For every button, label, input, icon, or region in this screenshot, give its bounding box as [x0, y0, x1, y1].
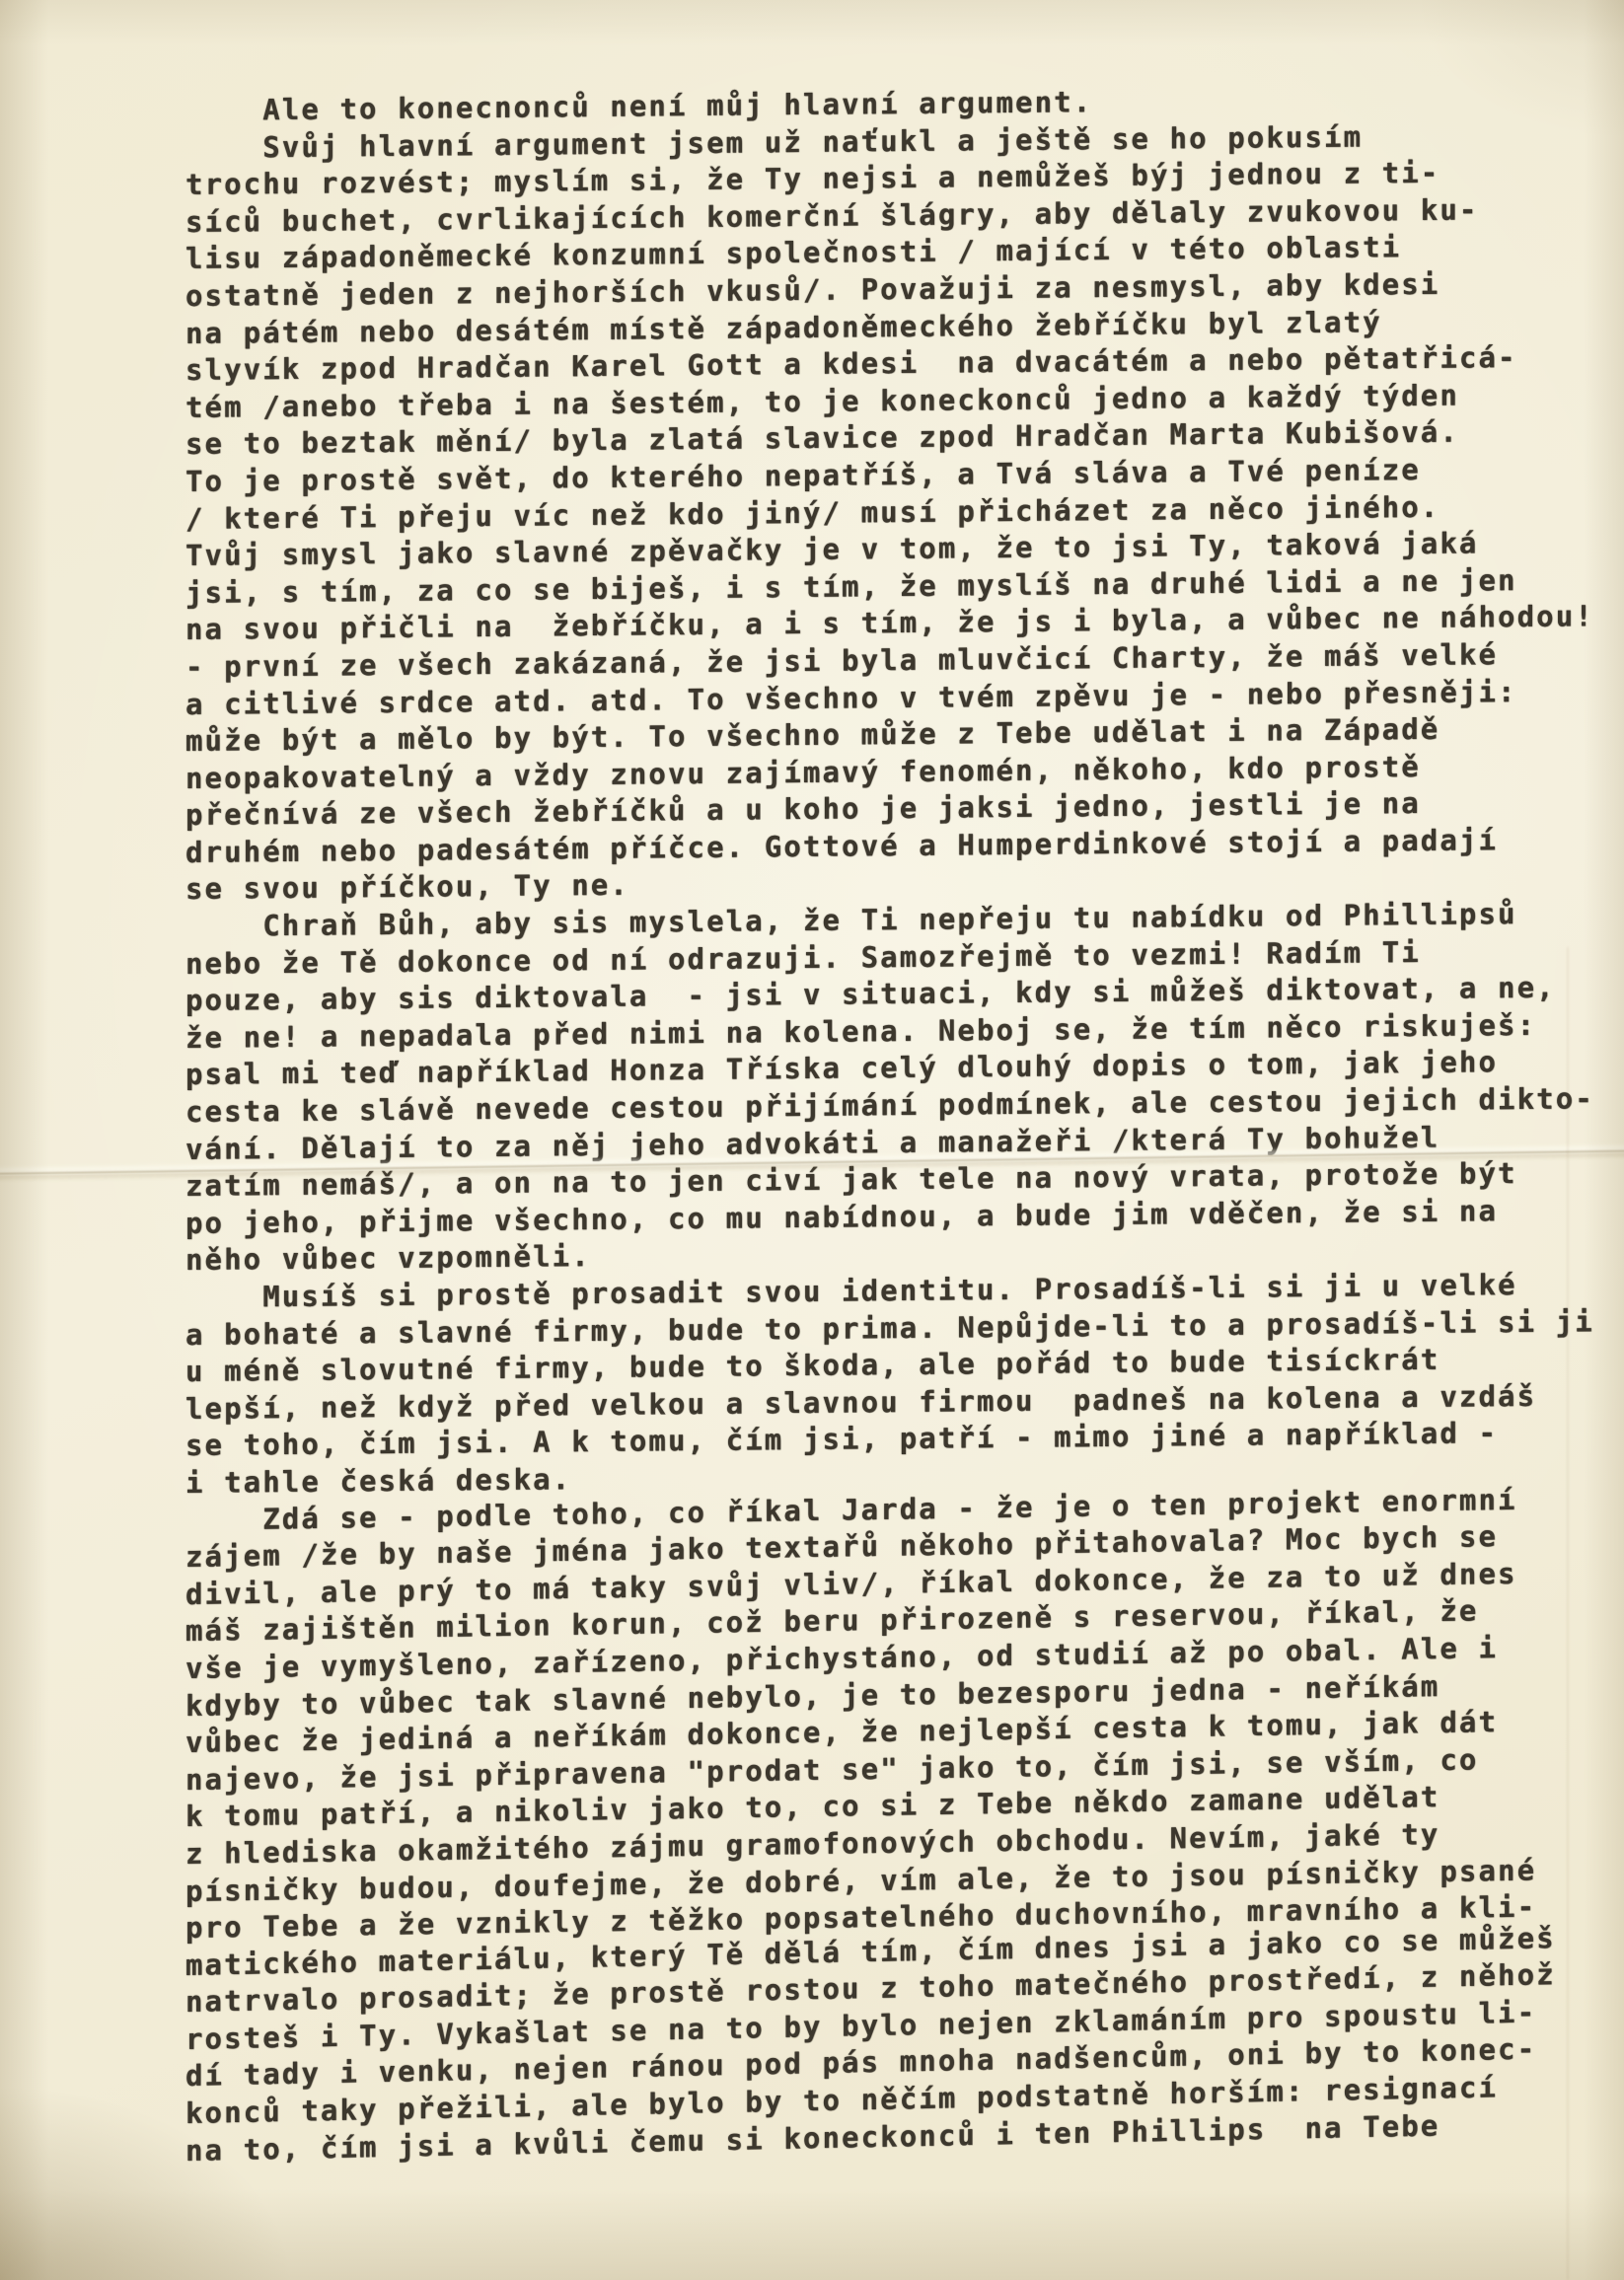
- typed-text-block: Ale to konecnonců není můj hlavní argume…: [185, 79, 1624, 2170]
- letter-page: Ale to konecnonců není můj hlavní argume…: [0, 0, 1624, 2280]
- paper-edge-crease: [1567, 947, 1569, 2280]
